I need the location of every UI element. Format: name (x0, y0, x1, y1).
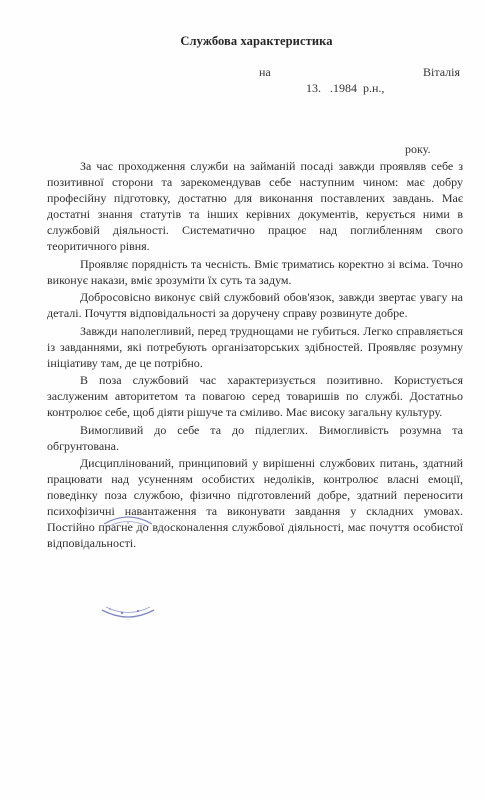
paragraph-off-duty: В поза службовий час характеризується по… (47, 372, 463, 420)
paragraph-diligence: Добросовісно виконує свій службовий обов… (47, 289, 463, 321)
paragraph-service-record: За час проходження служби на займаній по… (47, 158, 463, 254)
header-on-label: на (259, 65, 271, 80)
paragraph-demanding: Вимогливий до себе та до підлеглих. Вимо… (47, 422, 463, 454)
official-stamp-icon (98, 512, 158, 622)
header-year-suffix: року. (405, 142, 430, 157)
paragraph-persistence: Завжди наполегливий, перед труднощами не… (47, 323, 463, 371)
paragraph-integrity: Проявляє порядність та чесність. Вміє тр… (47, 256, 463, 288)
header-birth-date: 13. .1984 р.н., (306, 81, 384, 96)
header-first-name: Віталія (423, 65, 460, 80)
document-body: За час проходження служби на займаній по… (47, 158, 463, 553)
document-page: Службова характеристика на Віталія 13. .… (0, 0, 485, 800)
document-title: Службова характеристика (0, 34, 485, 49)
